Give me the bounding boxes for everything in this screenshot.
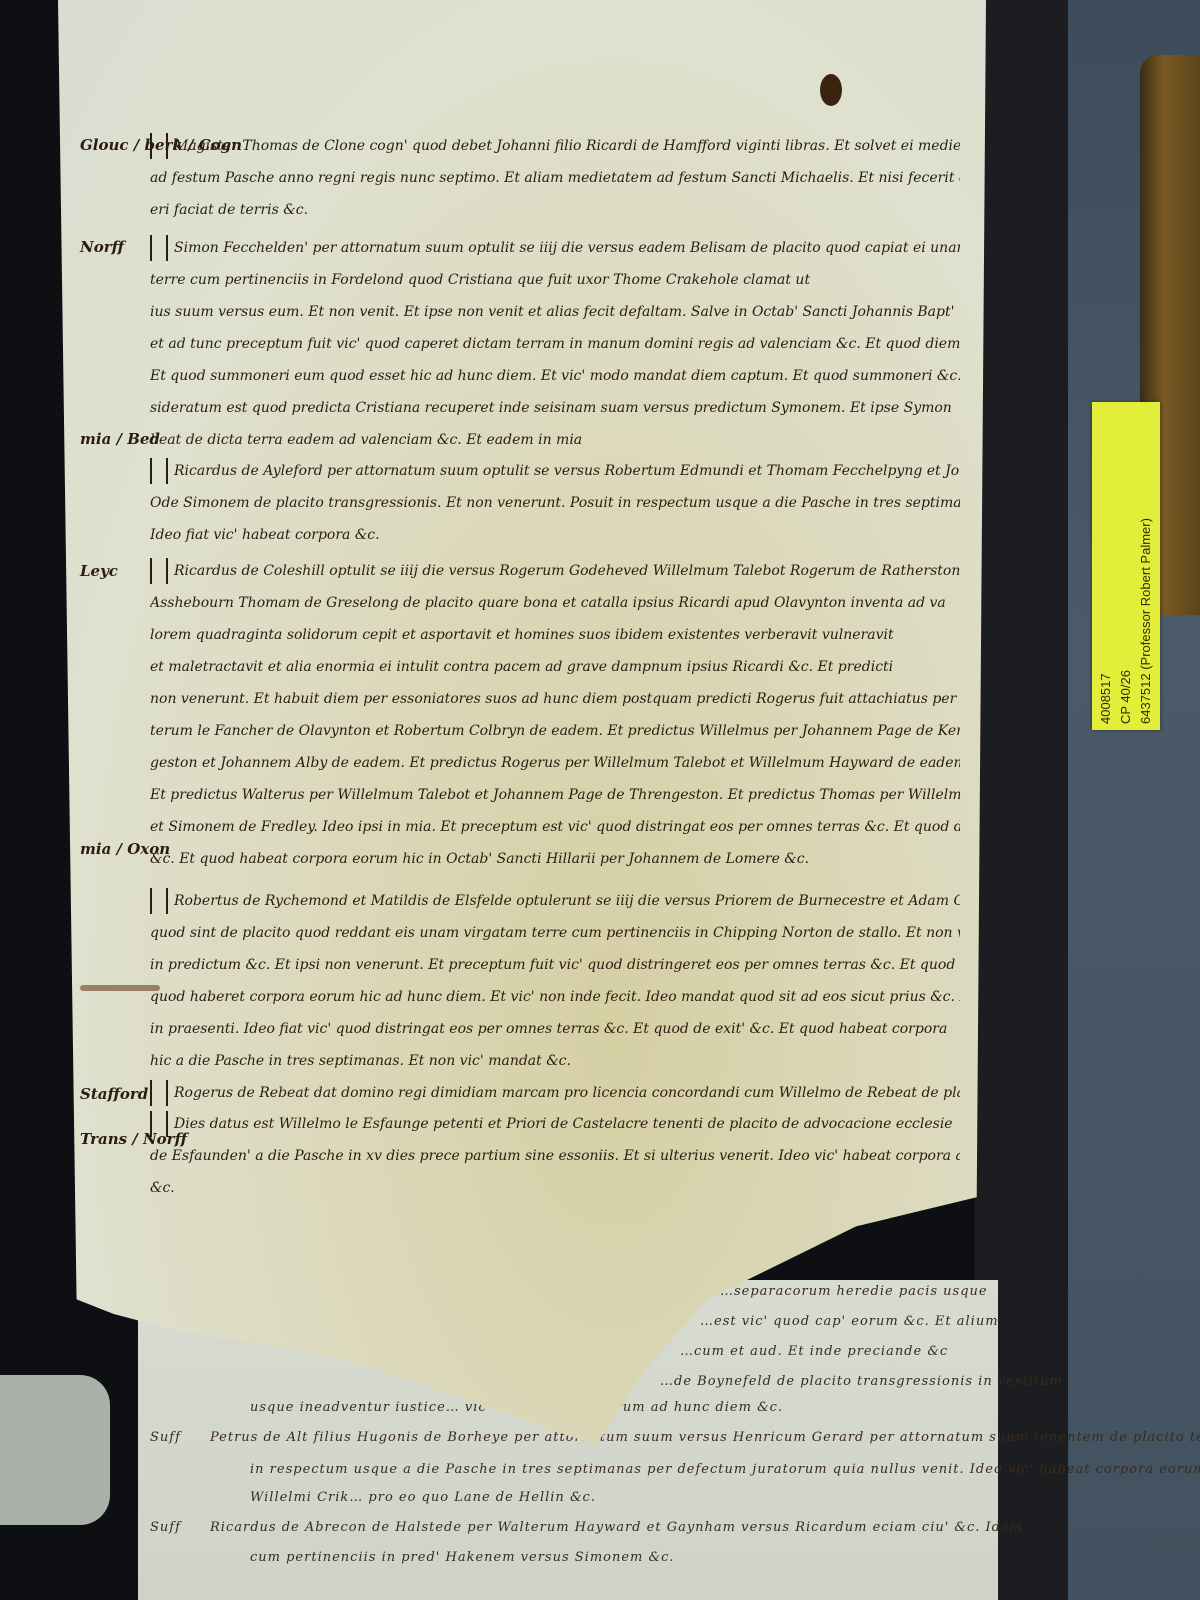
text-line: terre cum pertinenciis in Fordelond quod… [150, 264, 960, 296]
lower-line: in respectum usque a die Pasche in tres … [250, 1462, 1080, 1477]
lower-line: …est vic' quod cap' eorum &c. Et alium [700, 1314, 1200, 1329]
text-line: ad festum Pasche anno regni regis nunc s… [150, 162, 960, 194]
parchment-hole [820, 74, 842, 106]
plea-entry: Ricardus de Coleshill optulit se iiij di… [150, 555, 960, 875]
text-line: Et predictus Walterus per Willelmum Tale… [150, 779, 960, 811]
lower-line: …de Boynefeld de placito transgressionis… [660, 1374, 1200, 1389]
plea-entry: Magister Thomas de Clone cogn' quod debe… [150, 130, 960, 226]
text-line: Magister Thomas de Clone cogn' quod debe… [150, 130, 960, 162]
text-line: sideratum est quod predicta Cristiana re… [150, 392, 960, 424]
text-line: hic a die Pasche in tres septimanas. Et … [150, 1045, 960, 1077]
paragraph-mark-icon [150, 235, 168, 261]
label-line-reference: CP 40/26 [1116, 408, 1136, 724]
margin-annotation: Norff [80, 238, 124, 256]
text-line: Ricardus de Ayleford per attornatum suum… [150, 455, 960, 487]
text-line: geston et Johannem Alby de eadem. Et pre… [150, 747, 960, 779]
text-line: et maletractavit et alia enormia ei intu… [150, 651, 960, 683]
text-line: Et quod summoneri eum quod esset hic ad … [150, 360, 960, 392]
lower-line: …cum et aud. Et inde preciande &c [680, 1344, 1200, 1359]
lower-line: Petrus de Alt filius Hugonis de Borheye … [210, 1430, 1040, 1445]
text-line: Asshebourn Thomam de Greselong de placit… [150, 587, 960, 619]
text-line: in predictum &c. Et ipsi non venerunt. E… [150, 949, 960, 981]
paragraph-mark-icon [150, 888, 168, 914]
text-line: in praesenti. Ideo fiat vic' quod distri… [150, 1013, 960, 1045]
text-line: quod haberet corpora eorum hic ad hunc d… [150, 981, 960, 1013]
support-cloth [0, 1375, 110, 1525]
text-line: eri faciat de terris &c. [150, 194, 960, 226]
label-line-item-number: 4008517 [1096, 408, 1116, 724]
margin-annotation: Leyc [80, 562, 118, 580]
text-line: ius suum versus eum. Et non venit. Et ip… [150, 296, 960, 328]
label-text: 4008517 CP 40/26 6437512 (Professor Robe… [1092, 402, 1160, 730]
ink-stain [80, 985, 160, 991]
paragraph-mark-icon [150, 1080, 168, 1106]
text-line: Rogerus de Rebeat dat domino regi dimidi… [150, 1077, 960, 1109]
text-line: &c. [150, 1172, 960, 1204]
text-line: &c. Et quod habeat corpora eorum hic in … [150, 843, 960, 875]
text-line: lorem quadraginta solidorum cepit et asp… [150, 619, 960, 651]
lower-line: usque ineadventur iustice… vic' heat cor… [250, 1400, 1080, 1415]
text-line: Dies datus est Willelmo le Esfaunge pete… [150, 1108, 960, 1140]
text-line: de Esfaunden' a die Pasche in xv dies pr… [150, 1140, 960, 1172]
plea-entry: Rogerus de Rebeat dat domino regi dimidi… [150, 1077, 960, 1109]
text-line: quod sint de placito quod reddant eis un… [150, 917, 960, 949]
margin-annotation: Stafford [80, 1085, 148, 1103]
text-line: Ode Simonem de placito transgressionis. … [150, 487, 960, 519]
margin-annotation: mia / Oxon [80, 840, 170, 858]
text-line: non venerunt. Et habuit diem per essonia… [150, 683, 960, 715]
margin-annotation: mia / Bed [80, 430, 160, 448]
text-line: Simon Fecchelden' per attornatum suum op… [150, 232, 960, 264]
paragraph-mark-icon [150, 133, 168, 159]
archival-label-strip: 4008517 CP 40/26 6437512 (Professor Robe… [1092, 402, 1160, 730]
plea-entry: Simon Fecchelden' per attornatum suum op… [150, 232, 960, 456]
text-line: Ideo fiat vic' habeat corpora &c. [150, 519, 960, 551]
plea-entry: Dies datus est Willelmo le Esfaunge pete… [150, 1108, 960, 1204]
lower-line: Ricardus de Abrecon de Halstede per Walt… [210, 1520, 1040, 1535]
text-line: terum le Fancher de Olavynton et Robertu… [150, 715, 960, 747]
lower-line: …separacorum heredie pacis usque [720, 1284, 1200, 1299]
lower-line: Willelmi Crik… pro eo quo Lane de Hellin… [250, 1490, 1080, 1505]
text-line: et Simonem de Fredley. Ideo ipsi in mia.… [150, 811, 960, 843]
label-line-order: 6437512 (Professor Robert Palmer) [1136, 408, 1156, 724]
text-line: et ad tunc preceptum fuit vic' quod cape… [150, 328, 960, 360]
paragraph-mark-icon [150, 558, 168, 584]
text-line: Robertus de Rychemond et Matildis de Els… [150, 885, 960, 917]
lower-line: cum pertinenciis in pred' Hakenem versus… [250, 1550, 1080, 1565]
paragraph-mark-icon [150, 458, 168, 484]
text-line: heat de dicta terra eadem ad valenciam &… [150, 424, 960, 456]
text-line: Ricardus de Coleshill optulit se iiij di… [150, 555, 960, 587]
plea-entry: Ricardus de Ayleford per attornatum suum… [150, 455, 960, 551]
plea-entry: Robertus de Rychemond et Matildis de Els… [150, 885, 960, 1077]
paragraph-mark-icon [150, 1111, 168, 1137]
